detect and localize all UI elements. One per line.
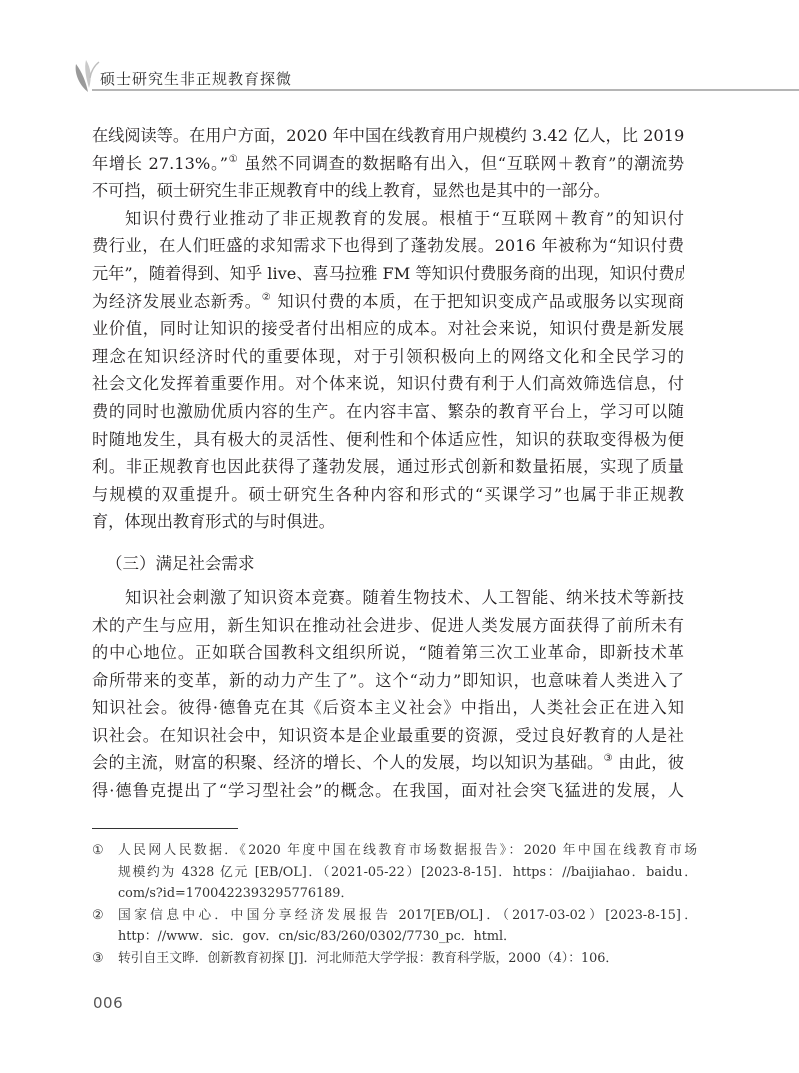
- footnote-ref-2[interactable]: ②: [262, 292, 272, 303]
- text-line: 会的主流，财富的积聚、经济的增长、个人的发展，均以知识为基础。③ 由此，彼: [92, 749, 684, 777]
- text-line: 时随地发生，具有极大的灵活性、便利性和个体适应性，知识的获取变得极为便: [92, 426, 684, 454]
- text-line: 知识社会。彼得·德鲁克在其《后资本主义社会》中指出，人类社会正在进入知: [92, 694, 684, 722]
- paragraph-3: 知识社会刺激了知识资本竞赛。随着生物技术、人工智能、纳米技术等新技 术的产生与应…: [92, 584, 684, 805]
- text-line: 育，体现出教育形式的与时俱进。: [92, 508, 684, 536]
- text-line: 社会文化发挥着重要作用。对个体来说，知识付费有利于人们高效筛选信息，付: [92, 370, 684, 398]
- footnote-1: ① 人民网人民数据．《2020 年度中国在线教育市场数据报告》：2020 年中国…: [92, 840, 697, 905]
- footnote-line: com/s?id=1700422393295776189．: [118, 883, 697, 905]
- body-text: 在线阅读等。在用户方面，2020 年中国在线教育用户规模约 3.42 亿人，比 …: [92, 122, 684, 805]
- text-line: 元年”，随着得到、知乎 live、喜马拉雅 FM 等知识付费服务商的出现，知识付…: [92, 260, 684, 288]
- section-heading: （三）满足社会需求: [92, 544, 684, 584]
- header-rule: [92, 89, 799, 91]
- text-line: 识社会。在知识社会中，知识资本是企业最重要的资源，受过良好教育的人是社: [92, 722, 684, 750]
- running-header: 硕士研究生非正规教育探微: [0, 0, 799, 100]
- footnote-line: 人民网人民数据．《2020 年度中国在线教育市场数据报告》：2020 年中国在线…: [118, 840, 697, 862]
- paragraph-2: 知识付费行业推动了非正规教育的发展。根植于“互联网＋教育”的知识付 费行业，在人…: [92, 205, 684, 536]
- footnote-3: ③ 转引自王文晔．创新教育初探 [J]．河北师范大学学报：教育科学版，2000（…: [92, 948, 697, 970]
- footnote-2: ② 国家信息中心．中国分享经济发展报告 2017[EB/OL]．（2017-03…: [92, 905, 697, 948]
- footnote-ref-1[interactable]: ①: [228, 154, 238, 165]
- running-header-title: 硕士研究生非正规教育探微: [100, 68, 292, 89]
- text-line: 知识付费行业推动了非正规教育的发展。根植于“互联网＋教育”的知识付: [92, 205, 684, 233]
- footnote-rule: [92, 828, 238, 829]
- text-line: 为经济发展业态新秀。② 知识付费的本质，在于把知识变成产品或服务以实现商: [92, 288, 684, 316]
- footnote-number: ①: [92, 840, 118, 905]
- text-line: 术的产生与应用，新生知识在推动社会进步、促进人类发展方面获得了前所未有: [92, 612, 684, 640]
- footnote-line: http：//www．sic．gov．cn/sic/83/260/0302/77…: [118, 926, 697, 948]
- footnote-number: ②: [92, 905, 118, 948]
- text-line: 的中心地位。正如联合国教科文组织所说，“随着第三次工业革命，即新技术革: [92, 639, 684, 667]
- text-line: 费行业，在人们旺盛的求知需求下也得到了蓬勃发展。2016 年被称为“知识付费: [92, 232, 684, 260]
- footnote-number: ③: [92, 948, 118, 970]
- text-line: 费的同时也激励优质内容的生产。在内容丰富、繁杂的教育平台上，学习可以随: [92, 398, 684, 426]
- footnote-line: 国家信息中心．中国分享经济发展报告 2017[EB/OL]．（2017-03-0…: [118, 905, 697, 927]
- footnotes: ① 人民网人民数据．《2020 年度中国在线教育市场数据报告》：2020 年中国…: [92, 840, 697, 969]
- footnote-line: 转引自王文晔．创新教育初探 [J]．河北师范大学学报：教育科学版，2000（4）…: [118, 948, 697, 970]
- page-number: 006: [93, 994, 123, 1012]
- text-line: 与规模的双重提升。硕士研究生各种内容和形式的“买课学习”也属于非正规教: [92, 481, 684, 509]
- paragraph-1: 在线阅读等。在用户方面，2020 年中国在线教育用户规模约 3.42 亿人，比 …: [92, 122, 684, 205]
- text-line: 得·德鲁克提出了“学习型社会”的概念。在我国，面对社会突飞猛进的发展，人: [92, 777, 684, 805]
- footnote-ref-3[interactable]: ③: [604, 753, 613, 764]
- text-line: 在线阅读等。在用户方面，2020 年中国在线教育用户规模约 3.42 亿人，比 …: [92, 122, 684, 150]
- text-line: 命所带来的变革，新的动力产生了”。这个“动力”即知识，也意味着人类进入了: [92, 667, 684, 695]
- text-line: 业价值，同时让知识的接受者付出相应的成本。对社会来说，知识付费是新发展: [92, 315, 684, 343]
- text-line: 年增长 27.13%。”① 虽然不同调查的数据略有出入，但“互联网＋教育”的潮流…: [92, 150, 684, 178]
- text-line: 理念在知识经济时代的重要体现，对于引领积极向上的网络文化和全民学习的: [92, 343, 684, 371]
- text-line: 不可挡，硕士研究生非正规教育中的线上教育，显然也是其中的一部分。: [92, 177, 684, 205]
- text-line: 知识社会刺激了知识资本竞赛。随着生物技术、人工智能、纳米技术等新技: [92, 584, 684, 612]
- footnote-line: 规模约为 4328 亿元 [EB/OL]．（2021-05-22）[2023-8…: [118, 862, 697, 884]
- text-line: 利。非正规教育也因此获得了蓬勃发展，通过形式创新和数量拓展，实现了质量: [92, 453, 684, 481]
